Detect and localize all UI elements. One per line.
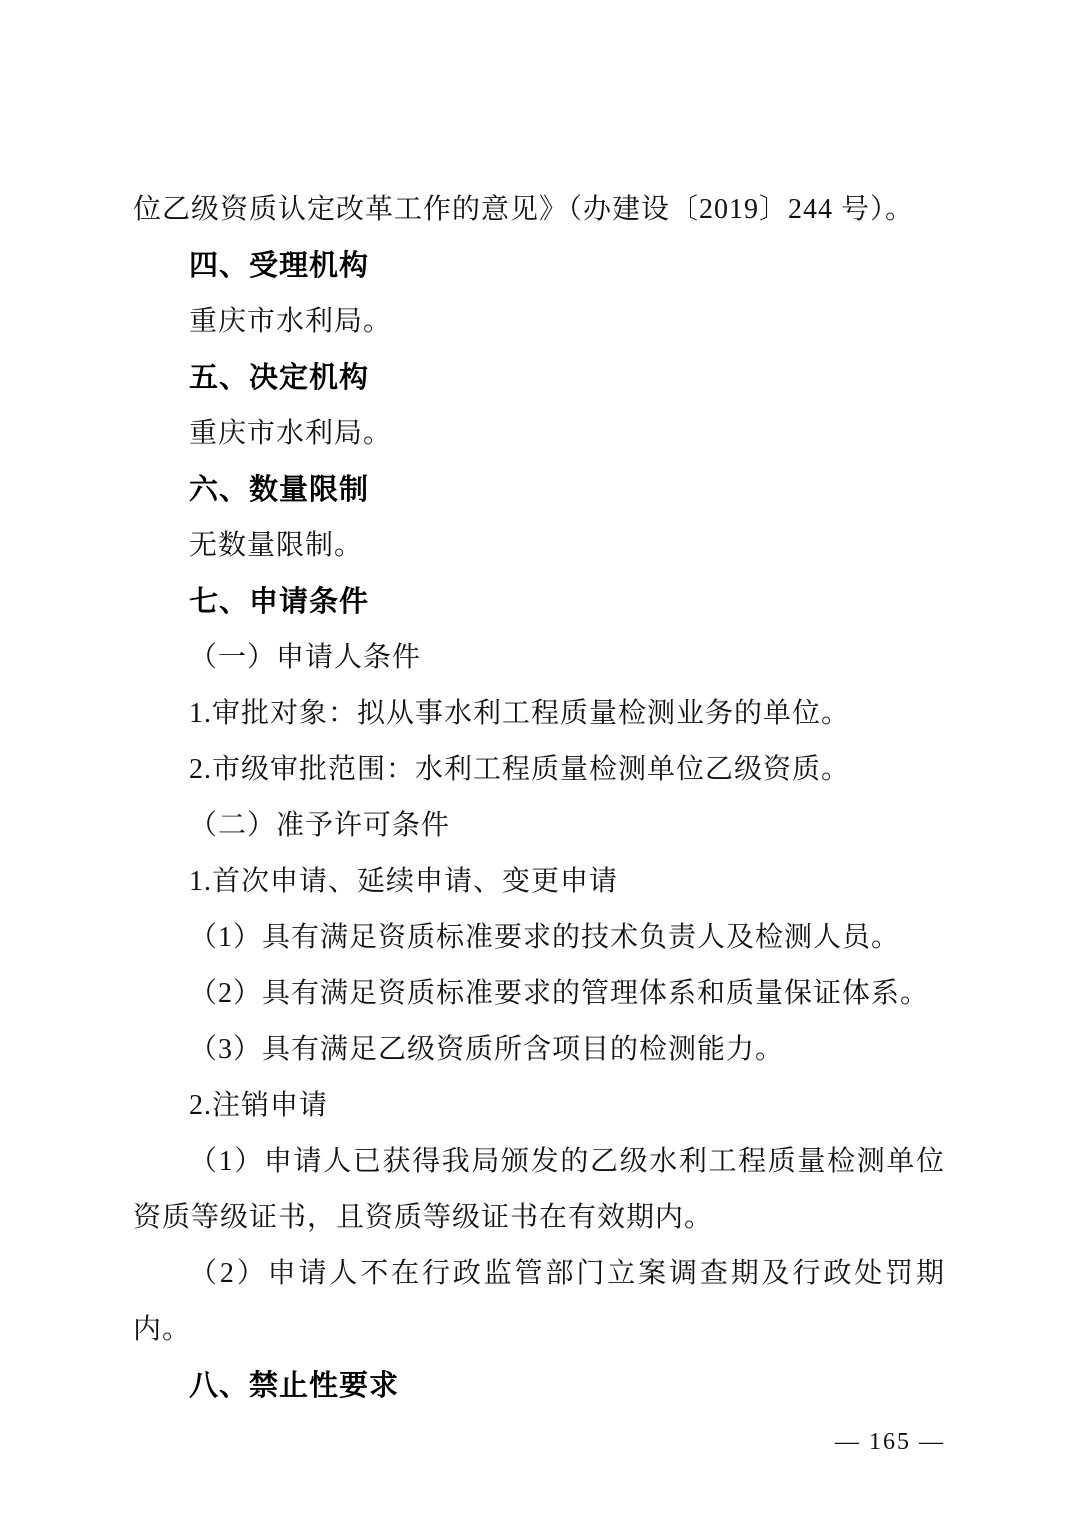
- paragraph: 重庆市水利局。: [133, 406, 945, 462]
- paragraph: 无数量限制。: [133, 518, 945, 574]
- document-page: 位乙级资质认定改革工作的意见》（办建设〔2019〕244 号）。四、受理机构重庆…: [0, 0, 1074, 1520]
- section-heading: 四、受理机构: [133, 238, 945, 294]
- paragraph: （1）具有满足资质标准要求的技术负责人及检测人员。: [133, 910, 945, 966]
- paragraph: 位乙级资质认定改革工作的意见》（办建设〔2019〕244 号）。: [133, 182, 945, 238]
- paragraph: 2.注销申请: [133, 1078, 945, 1134]
- section-heading: 七、申请条件: [133, 574, 945, 630]
- document-body: 位乙级资质认定改革工作的意见》（办建设〔2019〕244 号）。四、受理机构重庆…: [0, 0, 1074, 1414]
- paragraph: （二）准予许可条件: [133, 798, 945, 854]
- paragraph: （3）具有满足乙级资质所含项目的检测能力。: [133, 1022, 945, 1078]
- section-heading: 八、禁止性要求: [133, 1358, 945, 1414]
- paragraph: （2）具有满足资质标准要求的管理体系和质量保证体系。: [133, 966, 945, 1022]
- paragraph: 重庆市水利局。: [133, 294, 945, 350]
- paragraph: 1.审批对象：拟从事水利工程质量检测业务的单位。: [133, 686, 945, 742]
- paragraph: （一）申请人条件: [133, 630, 945, 686]
- page-number: — 165 —: [0, 1428, 1074, 1456]
- paragraph: 2.市级审批范围：水利工程质量检测单位乙级资质。: [133, 742, 945, 798]
- section-heading: 五、决定机构: [133, 350, 945, 406]
- section-heading: 六、数量限制: [133, 462, 945, 518]
- paragraph: （1）申请人已获得我局颁发的乙级水利工程质量检测单位资质等级证书，且资质等级证书…: [133, 1134, 945, 1246]
- paragraph: （2）申请人不在行政监管部门立案调查期及行政处罚期内。: [133, 1246, 945, 1358]
- paragraph: 1.首次申请、延续申请、变更申请: [133, 854, 945, 910]
